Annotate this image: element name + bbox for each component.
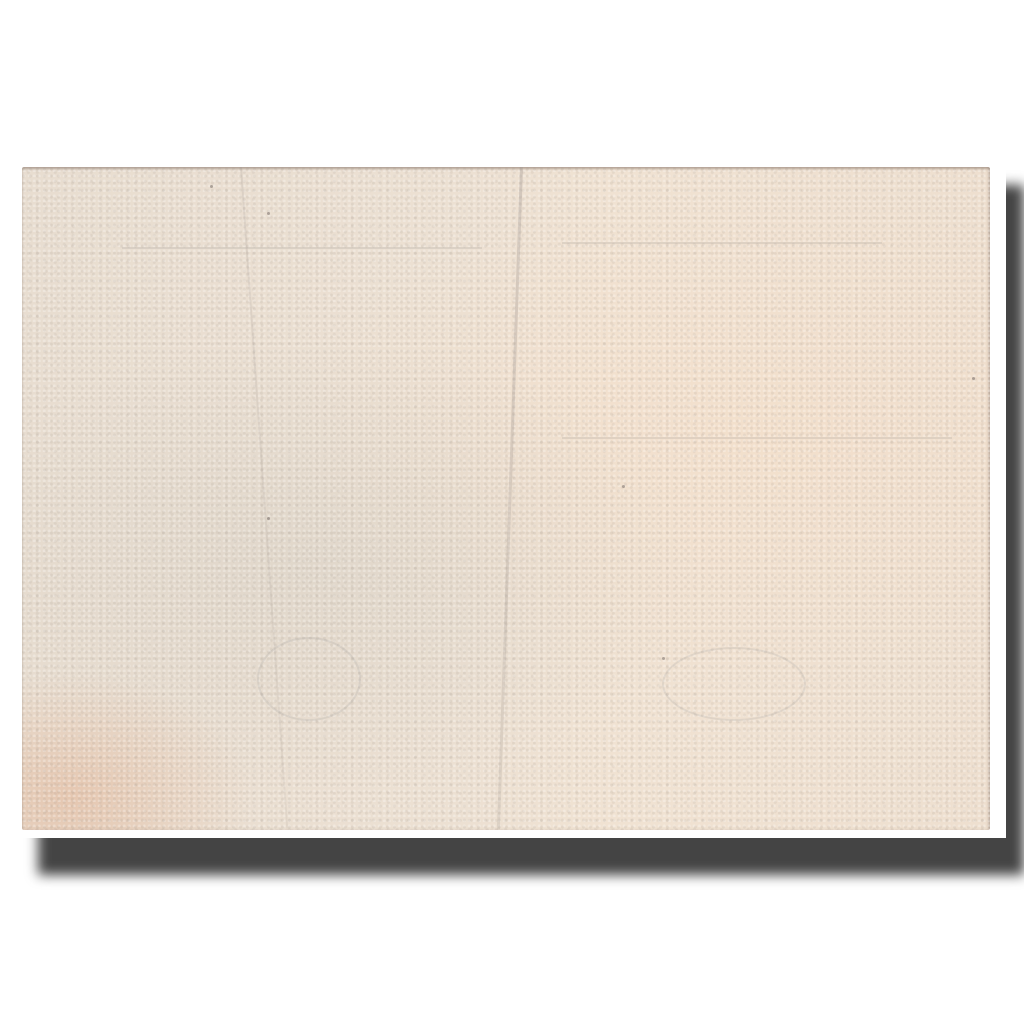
banknote-paper [22,167,990,830]
show-through-line [562,437,952,439]
paper-texture [22,167,990,830]
show-through-seal-left [257,637,361,721]
show-through-line [122,247,482,249]
show-through-line [562,242,882,244]
show-through-seal-right [662,647,806,721]
